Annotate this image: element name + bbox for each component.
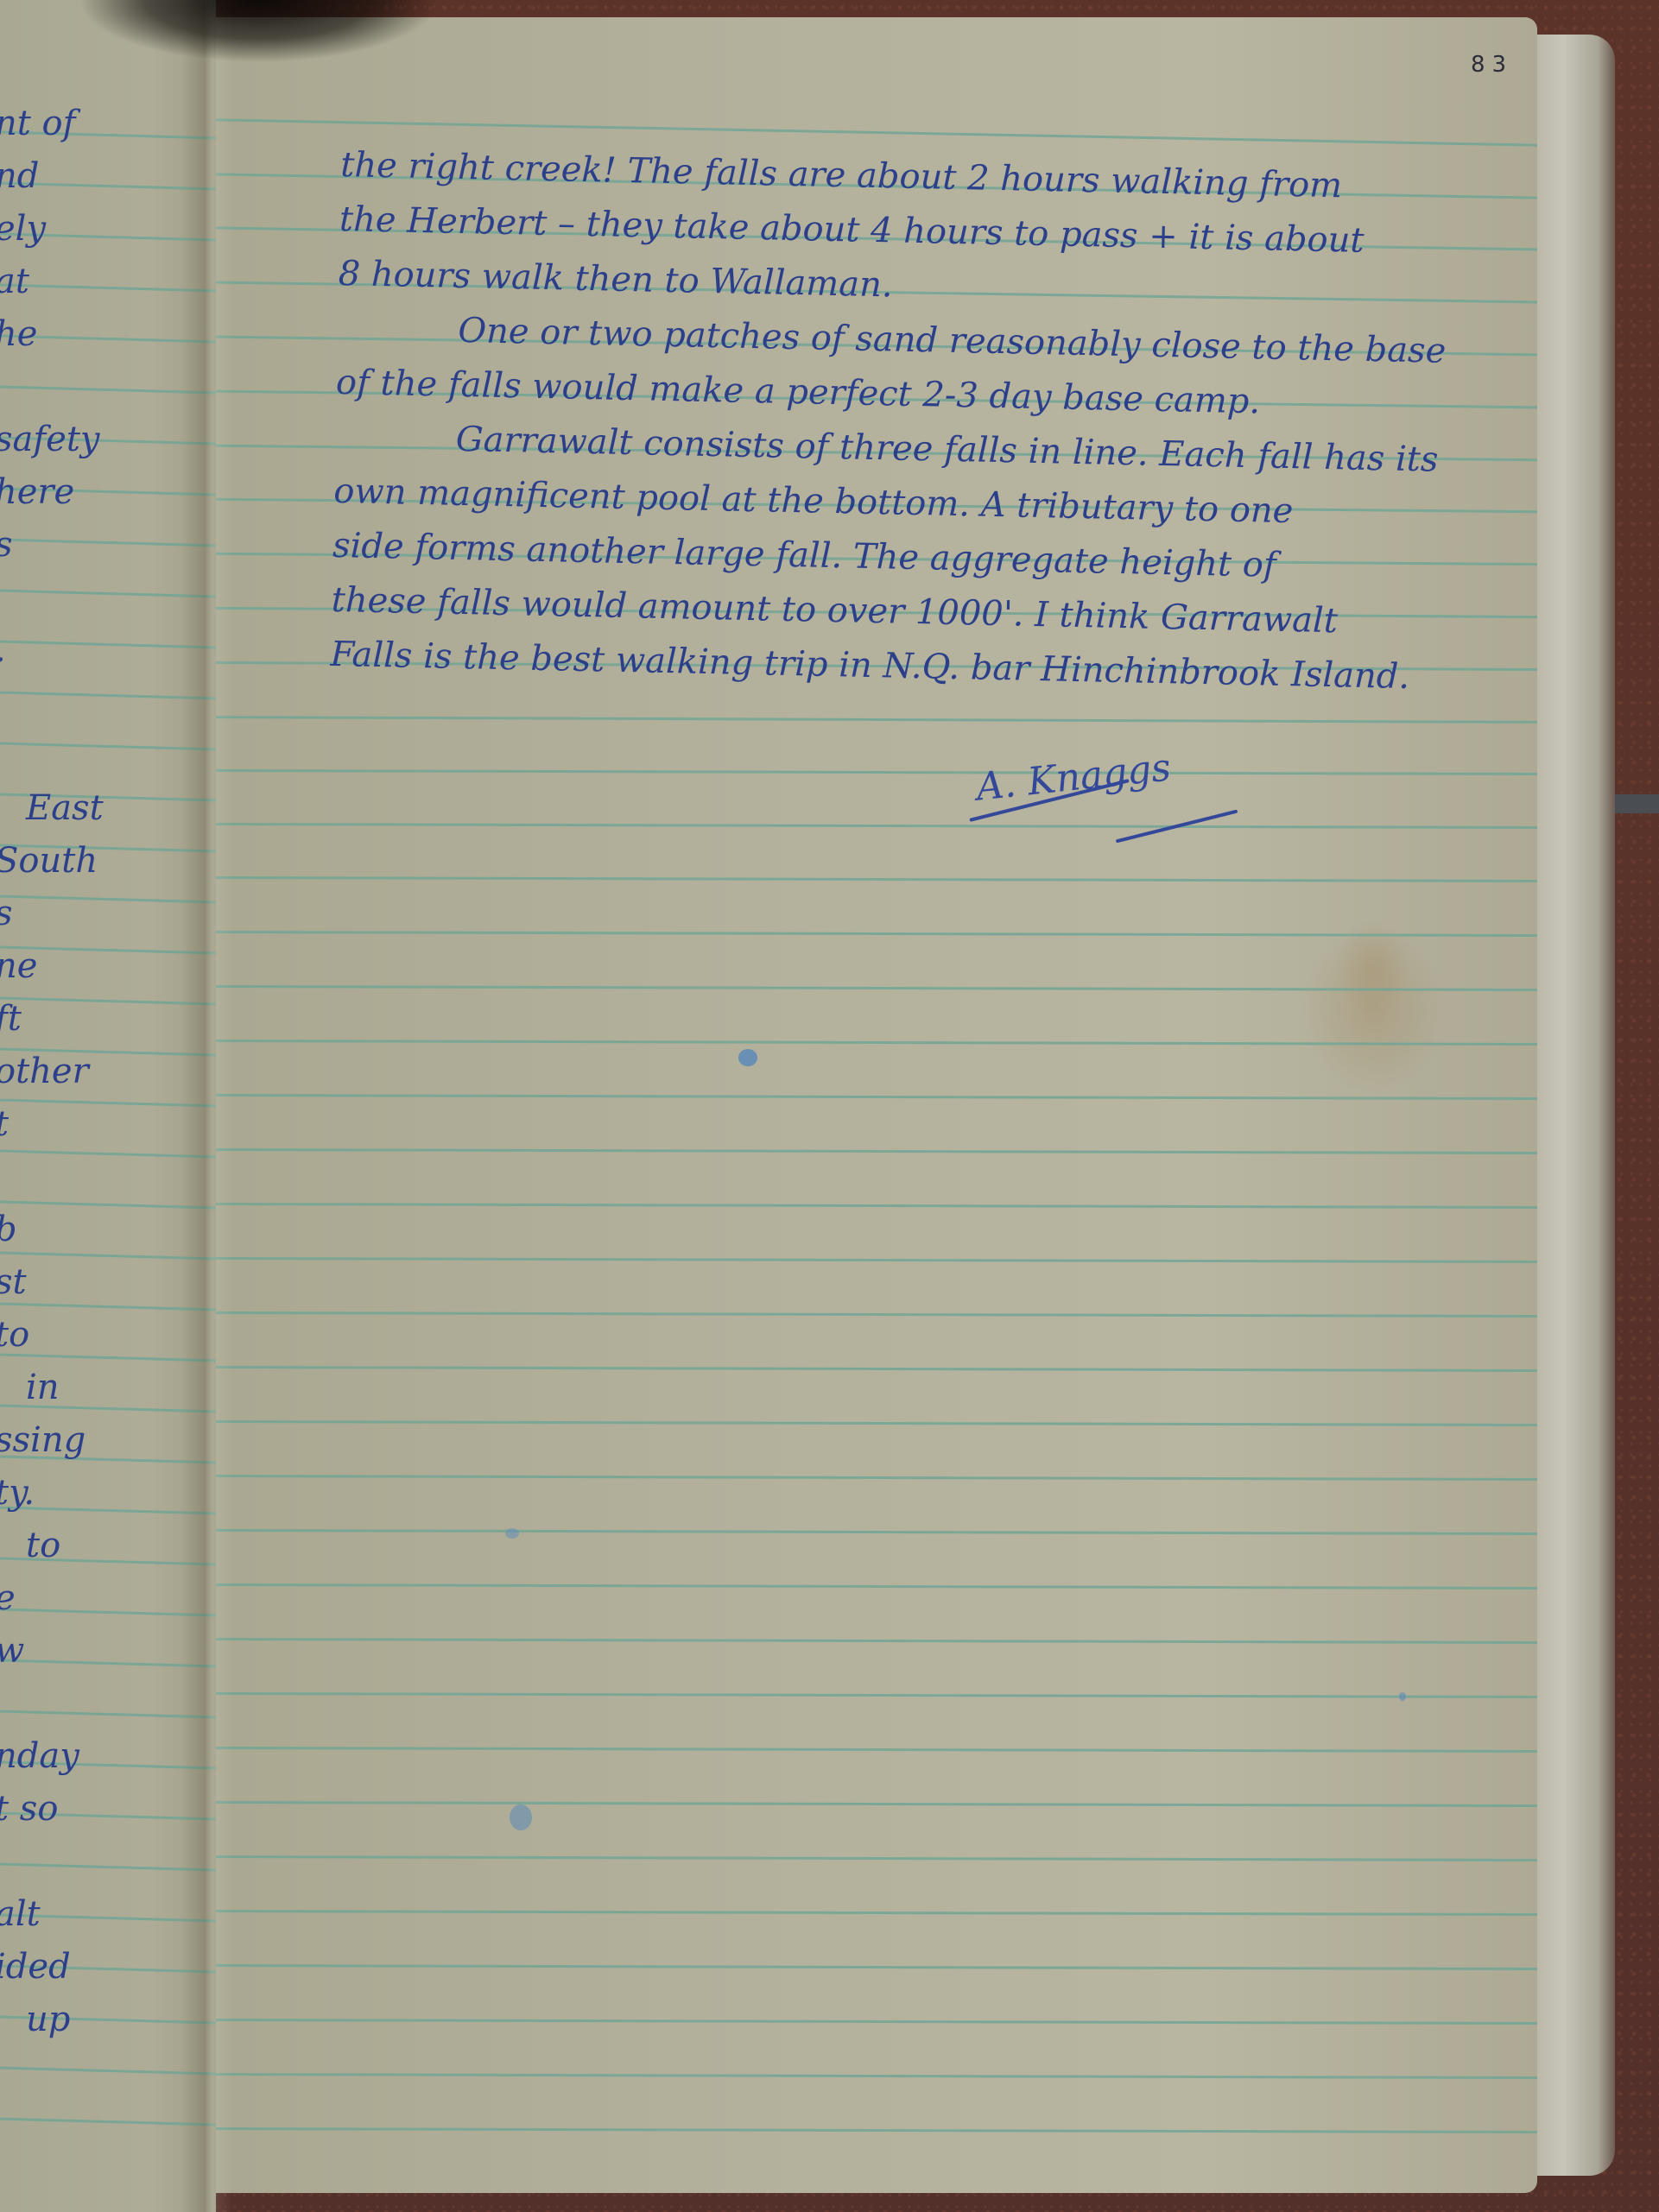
left-page-fragment: s <box>0 894 13 933</box>
ruled-line <box>216 769 1537 775</box>
ruled-line <box>216 716 1537 724</box>
left-page-fragment: other <box>0 1052 89 1091</box>
ruled-line <box>216 1638 1537 1644</box>
left-page-fragment: he <box>0 314 37 354</box>
left-page-fragment: at <box>0 262 29 301</box>
left-page-fragment: b <box>0 1210 17 1249</box>
left-page-fragment: ft <box>0 999 22 1039</box>
ruled-line <box>216 1311 1537 1318</box>
left-page-fragment: alt <box>0 1894 41 1934</box>
ink-blot <box>738 1049 757 1066</box>
signature: A. Knaggs <box>974 745 1173 809</box>
ruled-line <box>216 1747 1537 1753</box>
ruled-line <box>216 1094 1537 1100</box>
left-page-fragment: e <box>0 1578 16 1618</box>
left-page-fragment: up <box>26 2000 70 2039</box>
signature-underline <box>1116 810 1238 844</box>
ruled-line <box>216 876 1537 882</box>
left-page-fragment: ty. <box>0 1473 35 1513</box>
left-page-fragment: ided <box>0 1947 71 1987</box>
left-page-fragment: South <box>0 841 98 881</box>
left-page-fragment: st <box>0 1262 27 1302</box>
left-page-fragment: . <box>0 630 6 670</box>
ruled-line <box>216 1801 1537 1807</box>
right-page: 83 the right creek! The falls are about … <box>216 17 1537 2193</box>
left-page-fragment: t <box>0 1104 9 1144</box>
left-page-fragment: to <box>26 1526 60 1565</box>
thumb-shadow <box>0 0 449 78</box>
ink-blot <box>510 1804 532 1830</box>
ink-blot <box>1399 1692 1406 1701</box>
left-page-fragment: ely <box>0 209 46 249</box>
ruled-line <box>216 823 1537 829</box>
ruled-line <box>216 1910 1537 1916</box>
ruled-line <box>216 1203 1537 1209</box>
ruled-line <box>216 1148 1537 1154</box>
ruled-line <box>216 2019 1537 2025</box>
left-page-fragment: here <box>0 472 74 512</box>
left-page-fragment: nd <box>0 156 39 196</box>
ruled-line <box>216 1257 1537 1263</box>
ruled-line <box>216 1855 1537 1861</box>
page-number: 83 <box>1471 52 1513 78</box>
left-page-fragment: t so <box>0 1789 58 1829</box>
left-page-fragment: safety <box>0 420 100 459</box>
notebook-spread: nt ofndelyathesafetyheres. EastSouthsnef… <box>0 0 1546 2212</box>
ruled-line <box>216 985 1537 991</box>
ruled-line <box>216 1583 1537 1589</box>
entry-line: 8 hours walk then to Wallaman. <box>338 247 893 313</box>
ink-blot <box>505 1528 519 1539</box>
ruled-line <box>216 1366 1537 1372</box>
ruled-line <box>216 1964 1537 1970</box>
ruled-line <box>216 1420 1537 1426</box>
ruled-line <box>216 2073 1537 2079</box>
ruled-line <box>216 1692 1537 1698</box>
left-page-fragment: East <box>26 788 104 828</box>
ruled-line <box>216 1475 1537 1481</box>
left-page-fragment: ssing <box>0 1420 85 1460</box>
journal-entry: the right creek! The falls are about 2 h… <box>341 138 1516 162</box>
ruled-line <box>216 2127 1537 2133</box>
left-page-fragment: to <box>0 1315 29 1355</box>
ruled-line <box>216 931 1537 937</box>
left-page-fragment: nt of <box>0 104 75 143</box>
left-page-fragment: in <box>26 1368 60 1407</box>
left-page-fragment: nday <box>0 1736 79 1776</box>
left-page-fragment: ne <box>0 946 37 986</box>
left-page-fragment: s <box>0 525 13 565</box>
book-gutter <box>181 0 233 2212</box>
ruled-line <box>216 1529 1537 1535</box>
ruled-line <box>216 1040 1537 1046</box>
left-page-fragment: w <box>0 1631 24 1671</box>
